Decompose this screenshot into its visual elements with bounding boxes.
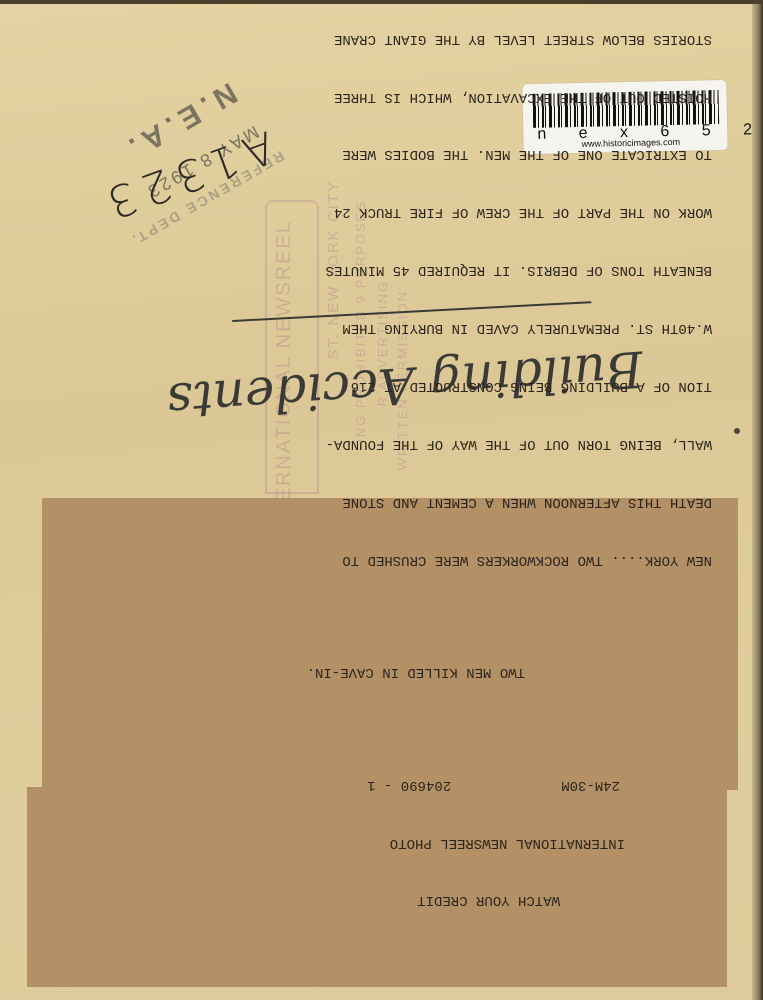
caption-body-line: STORIES BELOW STREET LEVEL BY THE GIANT … (60, 28, 720, 47)
caption-body-line: TION OF A BUILDING BEING CONSTRUCTED AT … (60, 376, 720, 395)
paper-edge (752, 0, 763, 1000)
caption-body-line: DEATH THIS AFTERNOON WHEN A CEMENT AND S… (60, 491, 720, 510)
caption-headline: TWO MEN KILLED IN CAVE-IN. (60, 662, 720, 681)
typed-caption: WATCH YOUR CREDIT INTERNATIONAL NEWSREEL… (60, 508, 720, 948)
pencil-mark (734, 428, 740, 434)
caption-credit-line: WATCH YOUR CREDIT (60, 890, 720, 909)
caption-body-line: BENEATH TONS OF DEBRIS. IT REQUIRED 45 M… (60, 260, 720, 279)
caption-body-line: WALL, BEING TORN OUT OF THE WAY OF THE F… (60, 434, 720, 453)
caption-code-right: 204690 - 1 (367, 777, 451, 793)
caption-body-line: TO EXTRICATE ONE OF THE MEN. THE BODIES … (60, 144, 720, 163)
caption-agency: INTERNATIONAL NEWSREEL PHOTO (60, 832, 720, 851)
caption-body-line: NEW YORK.... TWO ROCKWORKERS WERE CRUSHE… (60, 549, 720, 568)
caption-body-line: W.40TH ST. PREMATURELY CAVED IN BURYING … (60, 318, 720, 337)
caption-code-left: 24M-30M (561, 777, 620, 793)
caption-body-line: WORK ON THE PART OF THE CREW OF FIRE TRU… (60, 202, 720, 221)
caption-body-line: HOISTED OUT OF THE EXCAVATION, WHICH IS … (60, 86, 720, 105)
caption-codes: 24M-30M204690 - 1 (60, 774, 720, 793)
